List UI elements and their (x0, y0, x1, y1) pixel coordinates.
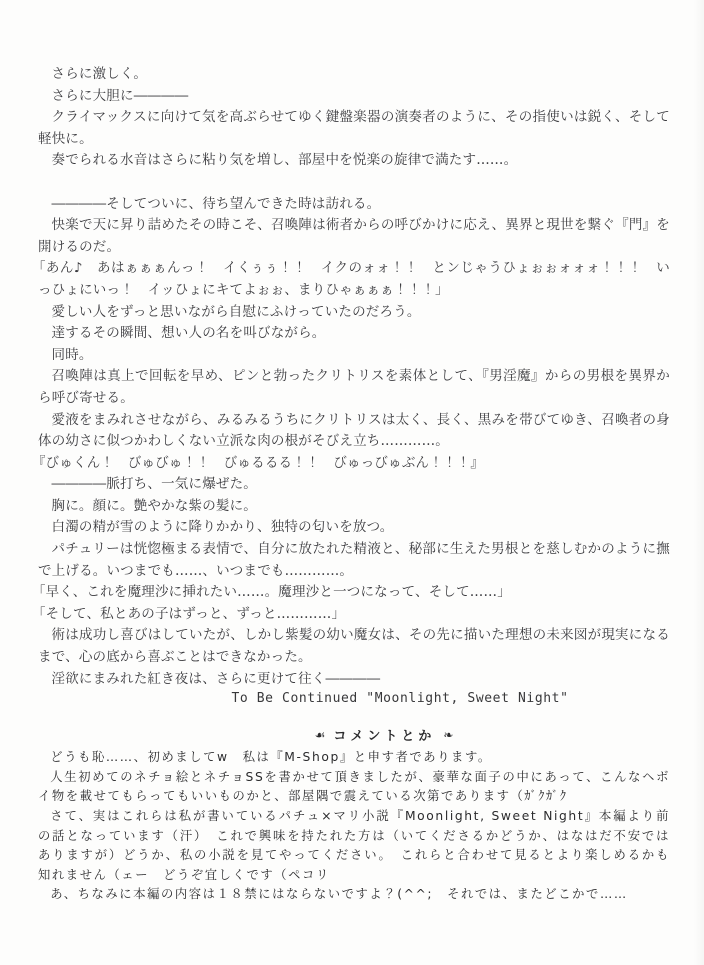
paragraph-line: ――――そしてついに、待ち望んできた時は訪れる。 (38, 194, 670, 216)
comment-section-header: ☙コメントとか❧ (68, 725, 700, 744)
paragraph-line: パチュリーは恍惚極まる表情で、自分に放たれた精液と、秘部に生えた男根とを慈しむか… (38, 539, 670, 582)
paragraph-line: 淫欲にまみれた紅き夜は、さらに更けて往く―――― (38, 669, 670, 691)
paragraph-line: さらに激しく。 (38, 64, 670, 86)
floral-ornament-right-icon: ❧ (435, 728, 461, 742)
scanned-doujin-page: さらに激しく。さらに大胆に――――クライマックスに向けて気を高ぶらせてゆく鍵盤楽… (0, 0, 704, 965)
paragraph-line: 達するその瞬間、想い人の名を叫びながら。 (38, 323, 670, 345)
to-be-continued-line: To Be Continued "Moonlight, Sweet Night" (84, 691, 704, 706)
paragraph-line: 『びゅくん！ びゅびゅ！！ びゅるるる！！ びゅっびゅぶん！！！』 (38, 453, 670, 475)
floral-ornament-left-icon: ☙ (307, 728, 334, 742)
paragraph-line: ――――脈打ち、一気に爆ぜた。 (38, 474, 670, 496)
paragraph-line: 召喚陣は真上で回転を早め、ピンと勃ったクリトリスを素体として、『男淫魔』からの男… (38, 366, 670, 409)
comment-header-title: コメントとか (333, 729, 435, 744)
comments-text-block: どうも恥……、初めましてw 私は『M-Shop』と申す者であります。人生初めての… (38, 748, 670, 905)
paragraph-line: あ、ちなみに本編の内容は１８禁にはならないですよ？(^^; それでは、またどこか… (38, 885, 670, 905)
paragraph-line: 同時。 (38, 345, 670, 367)
paragraph-line: クライマックスに向けて気を高ぶらせてゆく鍵盤楽器の演奏者のように、その指使いは鋭… (38, 107, 670, 150)
paragraph-line: 愛しい人をずっと思いながら自慰にふけっていたのだろう。 (38, 302, 670, 324)
paragraph-line: 白濁の精が雪のように降りかかり、独特の匂いを放つ。 (38, 517, 670, 539)
paragraph-line: 人生初めてのネチョ絵とネチョSSを書かせて頂きましたが、豪華な面子の中にあって、… (38, 768, 670, 807)
paragraph-line: 愛液をまみれさせながら、みるみるうちにクリトリスは太く、長く、黒みを帯びてゆき、… (38, 410, 670, 453)
paragraph-line: 術は成功し喜びはしていたが、しかし紫髪の幼い魔女は、その先に描いた理想の未来図が… (38, 625, 670, 668)
paragraph-line: 「そして、私とあの子はずっと、ずっと…………」 (38, 604, 670, 626)
paragraph-line: どうも恥……、初めましてw 私は『M-Shop』と申す者であります。 (38, 748, 670, 768)
paragraph-line: 快楽で天に昇り詰めたその時こそ、召喚陣は術者からの呼びかけに応え、異界と現世を繋… (38, 215, 670, 258)
paragraph-line: さらに大胆に―――― (38, 86, 670, 108)
paragraph-line: 胸に。顔に。艶やかな紫の髪に。 (38, 496, 670, 518)
paragraph-line: 「あん♪ あはぁぁぁんっ！ イくぅぅ！！ イクのォォ！！ とンじゃうひょぉぉォォ… (38, 258, 670, 301)
story-text-block: さらに激しく。さらに大胆に――――クライマックスに向けて気を高ぶらせてゆく鍵盤楽… (38, 64, 670, 690)
paragraph-line: さて、実はこれらは私が書いているパチュ×マリ小説『Moonlight, Swee… (38, 807, 670, 885)
paragraph-line: 奏でられる水音はさらに粘り気を増し、部屋中を悦楽の旋律で満たす……。 (38, 150, 670, 172)
paragraph-line: 「早く、これを魔理沙に挿れたい……。魔理沙と一つになって、そして……」 (38, 582, 670, 604)
